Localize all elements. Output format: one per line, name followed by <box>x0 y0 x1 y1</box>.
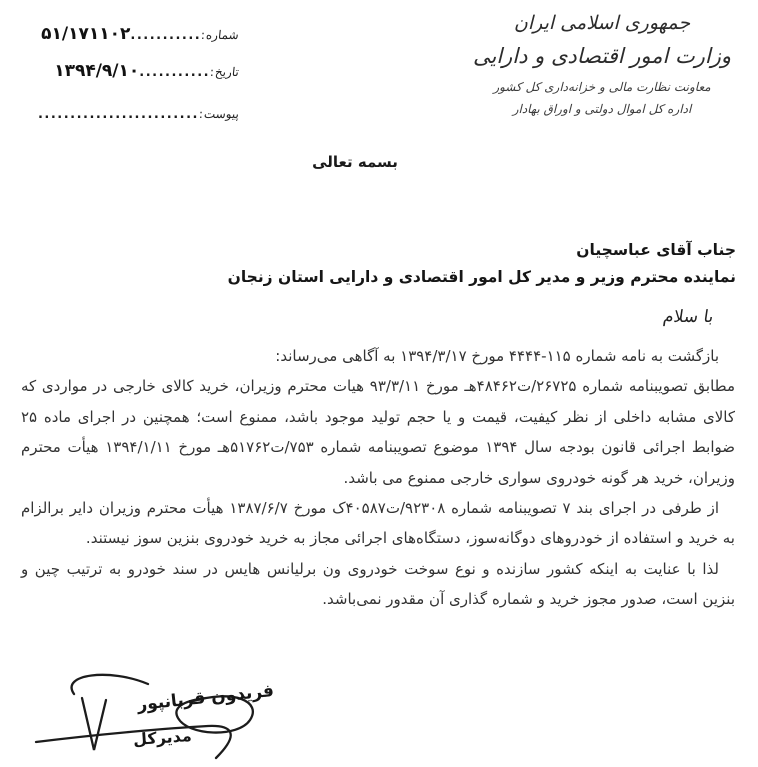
letterhead-office: اداره کل اموال دولتی و اوراق بهادار <box>452 102 752 116</box>
body-paragraph-2: از طرفی در اجرای بند ۷ تصویبنامه شماره ۹… <box>21 493 735 554</box>
signature-block: فریدون قربانپور مدیرکل <box>30 668 280 766</box>
meta-number-label: شماره: <box>200 28 239 42</box>
meta-number-dots: ........... <box>130 28 201 43</box>
besmellah: بسمه تعالی <box>0 153 710 171</box>
signature-stroke <box>30 668 280 766</box>
meta-date-label: تاریخ: <box>209 65 239 79</box>
letterhead-country: جمهوری اسلامی ایران <box>452 12 752 34</box>
meta-number-value: ۵۱/۱۷۱۱۰۲ <box>41 24 130 44</box>
letterhead: جمهوری اسلامی ایران وزارت امور اقتصادی و… <box>452 12 752 116</box>
letterhead-deputy: معاونت نظارت مالی و خزانه‌داری کل کشور <box>452 80 752 94</box>
salutation: با سلام <box>661 307 713 327</box>
recipient-block: جناب آقای عباسچیان نماینده محترم وزیر و … <box>228 237 736 291</box>
meta-date-row: تاریخ: ........... ۱۳۹۴/۹/۱۰ <box>16 61 238 81</box>
body-intro: بازگشت به نامه شماره ۱۱۵-۴۴۴۴ مورخ ۱۳۹۴/… <box>21 341 735 371</box>
letter-page: شماره: ........... ۵۱/۱۷۱۱۰۲ تاریخ: ....… <box>0 0 758 767</box>
meta-attachment-label: پیوست: <box>198 107 239 121</box>
letter-meta: شماره: ........... ۵۱/۱۷۱۱۰۲ تاریخ: ....… <box>16 24 238 139</box>
meta-date-value: ۱۳۹۴/۹/۱۰ <box>54 61 139 81</box>
meta-number-row: شماره: ........... ۵۱/۱۷۱۱۰۲ <box>16 24 238 44</box>
body-paragraph-3: لذا با عنایت به اینکه کشور سازنده و نوع … <box>21 554 735 615</box>
recipient-name: جناب آقای عباسچیان <box>228 237 736 264</box>
meta-attachment-row: پیوست: ......................... <box>16 107 238 122</box>
recipient-title: نماینده محترم وزیر و مدیر کل امور اقتصاد… <box>228 264 736 291</box>
meta-attachment-dots: ......................... <box>38 107 199 122</box>
letterhead-ministry: وزارت امور اقتصادی و دارایی <box>452 44 752 68</box>
meta-date-dots: ........... <box>139 65 210 80</box>
letter-body: بازگشت به نامه شماره ۱۱۵-۴۴۴۴ مورخ ۱۳۹۴/… <box>21 341 735 615</box>
body-paragraph-1: مطابق تصویبنامه شماره ۲۶۷۲۵/ت۴۸۴۶۲هـ مور… <box>21 371 735 493</box>
